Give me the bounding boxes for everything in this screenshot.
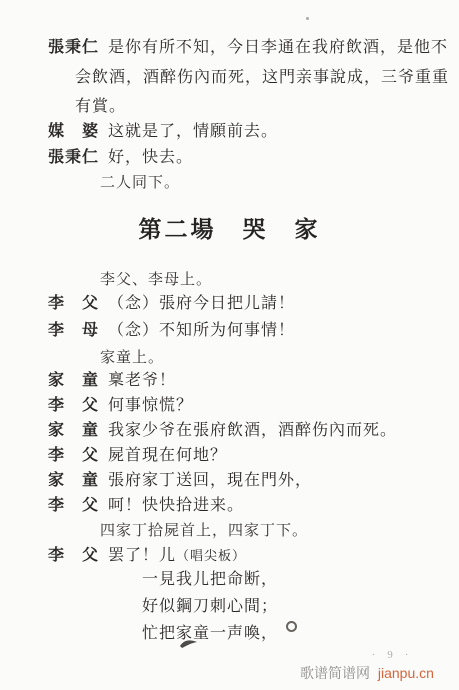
speaker-name: 家 童 bbox=[48, 421, 99, 441]
speaker-name: 李 父 bbox=[48, 496, 99, 516]
dialog-text: 我家少爷在張府飲酒，酒醉伤內而死。 bbox=[108, 421, 397, 441]
dialog-text: 何事惊慌？ bbox=[108, 396, 193, 416]
singing-cue: （唱尖板） bbox=[176, 548, 246, 563]
speaker-name: 家 童 bbox=[48, 371, 99, 391]
dialog-text: 張府家丁送回，現在門外， bbox=[108, 471, 312, 491]
dialog-text: 罢了！儿（唱尖板） bbox=[108, 546, 246, 566]
watermark: 歌谱简谱网 jianpu.cn bbox=[300, 663, 434, 683]
dialog-text: 有賞。 bbox=[75, 97, 126, 117]
dialog-text: 好，快去。 bbox=[108, 148, 193, 168]
speaker-name: 李 父 bbox=[48, 446, 99, 466]
dialog-text: （念）張府今日把儿請！ bbox=[108, 294, 295, 314]
ink-speck bbox=[306, 17, 309, 20]
script-page-scan: 張秉仁 是你有所不知，今日李通在我府飲酒，是他不 会飲酒，酒醉伤內而死，这門亲事… bbox=[0, 0, 459, 690]
ink-smudge-circle bbox=[286, 621, 297, 632]
dialog-text: 呵！快快拾进来。 bbox=[108, 496, 244, 516]
speaker-name: 媒 婆 bbox=[48, 122, 99, 142]
watermark-site-name: 歌谱简谱网 bbox=[300, 665, 370, 681]
page-number: 9 bbox=[358, 649, 428, 661]
speaker-name: 李 父 bbox=[48, 396, 99, 416]
dialog-text: 稟老爷！ bbox=[108, 371, 176, 391]
speaker-name: 李 父 bbox=[48, 294, 99, 314]
speaker-name: 張秉仁 bbox=[48, 38, 99, 58]
dialog-text: 是你有所不知，今日李通在我府飲酒，是他不 bbox=[108, 38, 448, 58]
speaker-name: 李 母 bbox=[48, 321, 99, 341]
dialog-text: 这就是了，情願前去。 bbox=[108, 122, 278, 142]
dialog-text: （念）不知所为何事情！ bbox=[108, 321, 295, 341]
watermark-url: jianpu.cn bbox=[378, 665, 434, 681]
speaker-name: 家 童 bbox=[48, 471, 99, 491]
scene-title: 第二場 哭 家 bbox=[0, 211, 459, 244]
speaker-name: 李 父 bbox=[48, 546, 99, 566]
dialog-text: 会飲酒，酒醉伤內而死，这門亲事說成，三爷重重 bbox=[75, 68, 449, 88]
ink-smudge-tick bbox=[179, 636, 199, 654]
dialog-text: 屍首現在何地？ bbox=[108, 446, 227, 466]
speaker-name: 張秉仁 bbox=[48, 148, 99, 168]
